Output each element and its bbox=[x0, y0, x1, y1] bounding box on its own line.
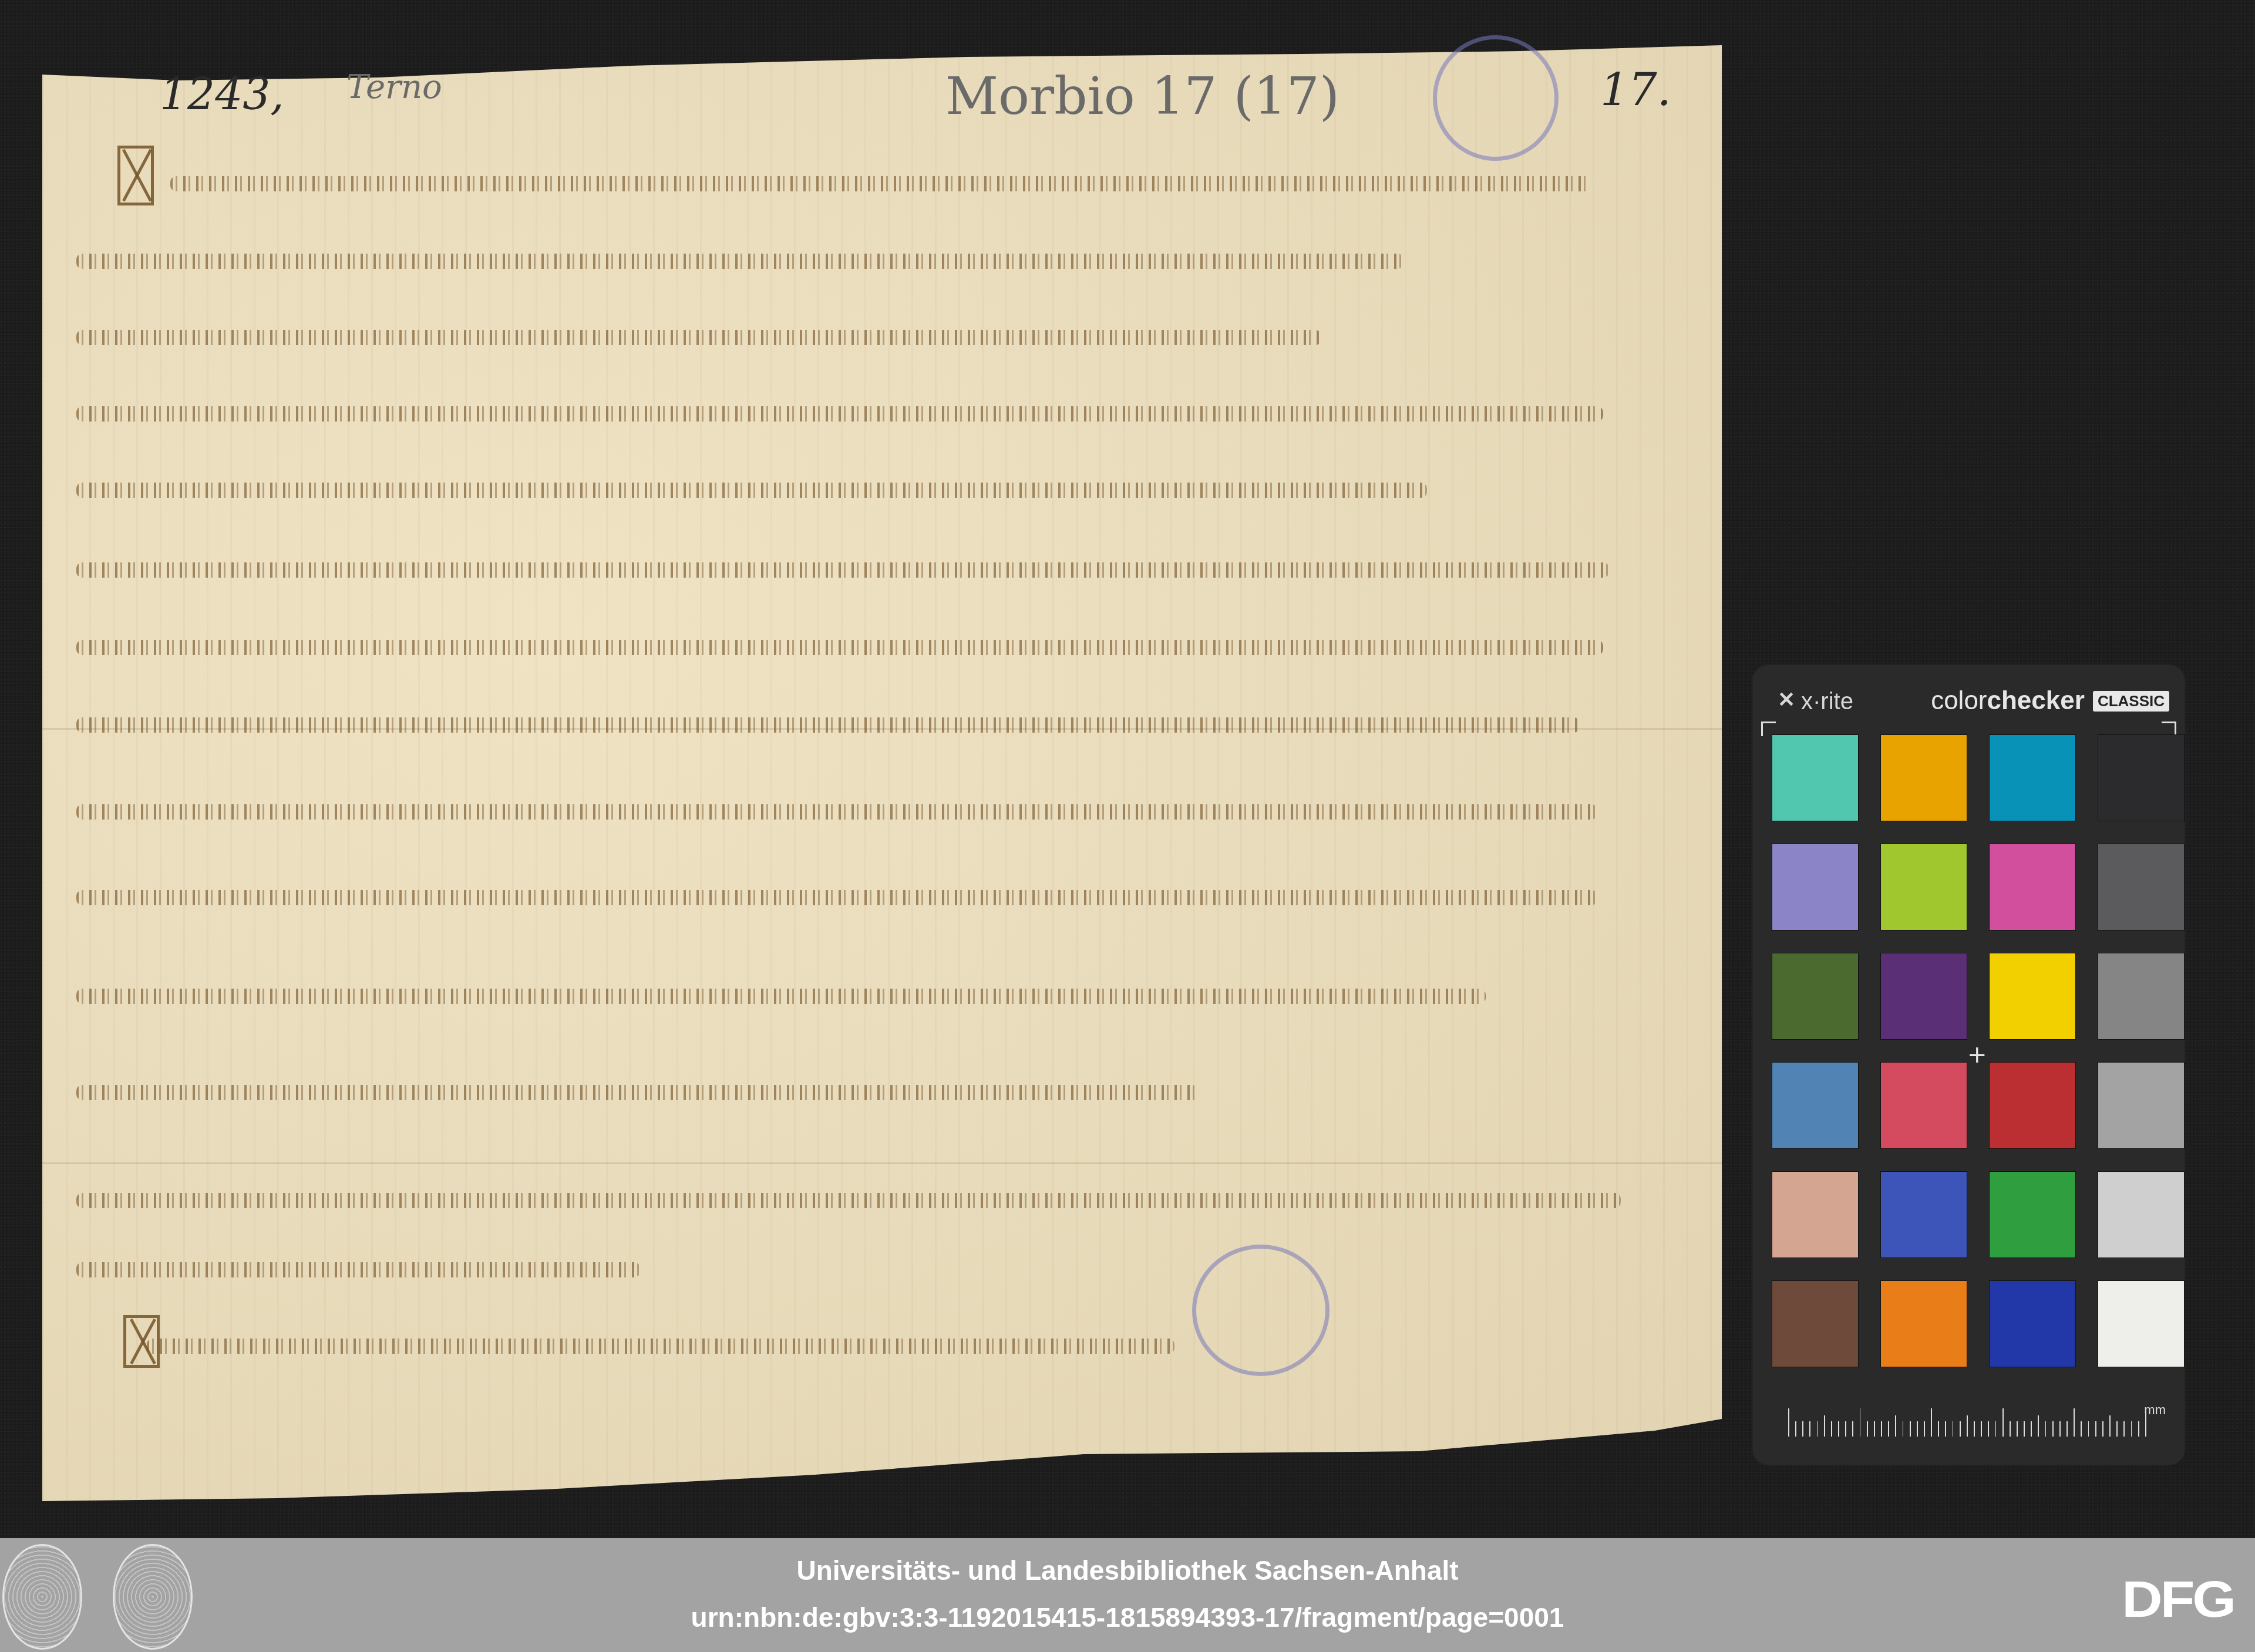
script-line-6 bbox=[76, 562, 1609, 578]
ruler-tick bbox=[1995, 1421, 1997, 1437]
ruler-unit: mm bbox=[2144, 1402, 2166, 1418]
xrite-logo: x·rite bbox=[1778, 689, 1853, 715]
color-patch-5 bbox=[1772, 844, 1859, 930]
ruler-tick bbox=[1824, 1415, 1825, 1437]
ruler-tick bbox=[2038, 1415, 2039, 1437]
ruler-tick bbox=[1788, 1408, 1789, 1437]
ruler-tick bbox=[2031, 1421, 2032, 1437]
colorchecker-header: x·rite colorchecker CLASSIC bbox=[1753, 665, 2185, 730]
color-patch-7 bbox=[1989, 844, 2076, 930]
ruler-tick bbox=[2109, 1415, 2111, 1437]
ruler-tick bbox=[1953, 1421, 1954, 1437]
color-patch-9 bbox=[1772, 953, 1859, 1040]
xrite-icon bbox=[1778, 693, 1795, 711]
color-patch-3 bbox=[1989, 734, 2076, 821]
ruler-tick bbox=[2088, 1421, 2089, 1437]
ruler-tick bbox=[2059, 1421, 2061, 1437]
edition-badge: CLASSIC bbox=[2093, 691, 2169, 712]
colorchecker-card: x·rite colorchecker CLASSIC + mm bbox=[1753, 665, 2185, 1465]
ruler-tick bbox=[1881, 1421, 1882, 1437]
ruler-tick bbox=[1938, 1421, 1939, 1437]
ruler-tick bbox=[1867, 1421, 1868, 1437]
ruler-tick bbox=[2045, 1421, 2047, 1437]
ruler-tick bbox=[2095, 1421, 2096, 1437]
color-patch-14 bbox=[1880, 1062, 1967, 1149]
ruler-tick bbox=[1888, 1421, 1889, 1437]
urn-identifier: urn:nbn:de:gbv:3:3-1192015415-1815894393… bbox=[0, 1602, 2255, 1633]
color-patch-2 bbox=[1880, 734, 1967, 821]
ruler-tick bbox=[1860, 1408, 1861, 1437]
color-patch-10 bbox=[1880, 953, 1967, 1040]
ruler-tick bbox=[1802, 1421, 1803, 1437]
script-line-9 bbox=[76, 804, 1597, 820]
ruler-tick bbox=[2066, 1421, 2068, 1437]
ruler-tick bbox=[2002, 1408, 2004, 1437]
color-patch-15 bbox=[1989, 1062, 2076, 1149]
ruler-tick bbox=[1838, 1421, 1839, 1437]
manuscript-text bbox=[76, 0, 1627, 1409]
ruler-tick bbox=[1917, 1421, 1918, 1437]
color-patch-11 bbox=[1989, 953, 2076, 1040]
script-line-8 bbox=[76, 717, 1580, 733]
dfg-logo: DFG bbox=[2122, 1571, 2234, 1629]
ruler-tick bbox=[2052, 1421, 2054, 1437]
ruler-tick bbox=[1795, 1421, 1796, 1437]
brand-bold: checker bbox=[1987, 686, 2085, 716]
ruler-tick bbox=[2010, 1421, 2011, 1437]
ruler-tick bbox=[1895, 1415, 1896, 1437]
script-line-3 bbox=[76, 330, 1321, 345]
script-line-1 bbox=[170, 176, 1591, 191]
ruler-tick bbox=[2074, 1408, 2075, 1437]
color-patch-6 bbox=[1880, 844, 1967, 930]
script-line-5 bbox=[76, 483, 1427, 498]
script-line-11 bbox=[76, 989, 1486, 1004]
ruler-tick bbox=[1852, 1421, 1853, 1437]
ruler-tick bbox=[1845, 1421, 1846, 1437]
script-line-12 bbox=[76, 1085, 1198, 1100]
ruler-tick bbox=[1831, 1421, 1832, 1437]
color-patch-12 bbox=[2098, 953, 2185, 1040]
script-line-4 bbox=[76, 406, 1603, 422]
ruler-tick bbox=[1817, 1421, 1818, 1437]
ruler-tick bbox=[2116, 1421, 2118, 1437]
footer-banner: Universitäts- und Landesbibliothek Sachs… bbox=[0, 1538, 2255, 1652]
color-patch-4 bbox=[2098, 734, 2185, 821]
xrite-label: x·rite bbox=[1801, 689, 1853, 715]
script-line-13 bbox=[76, 1193, 1621, 1208]
ruler-tick bbox=[2123, 1421, 2125, 1437]
ruler-tick bbox=[1924, 1421, 1925, 1437]
ruler-tick bbox=[1960, 1421, 1961, 1437]
color-patch-16 bbox=[2098, 1062, 2185, 1149]
ruler-tick bbox=[2102, 1421, 2103, 1437]
color-patch-13 bbox=[1772, 1062, 1859, 1149]
brand-light: color bbox=[1931, 686, 1987, 716]
mm-ruler bbox=[1788, 1407, 2152, 1437]
color-patch-21 bbox=[1772, 1280, 1859, 1367]
ruler-tick bbox=[1981, 1421, 1982, 1437]
color-patch-24 bbox=[2098, 1280, 2185, 1367]
script-line-2 bbox=[76, 254, 1404, 269]
ruler-tick bbox=[1988, 1421, 1989, 1437]
ruler-tick bbox=[2024, 1421, 2025, 1437]
ruler-tick bbox=[2131, 1421, 2132, 1437]
script-line-14 bbox=[76, 1262, 640, 1277]
color-patch-8 bbox=[2098, 844, 2185, 930]
ruler-tick bbox=[1874, 1421, 1875, 1437]
ruler-tick bbox=[1974, 1421, 1975, 1437]
colorchecker-brand: colorchecker CLASSIC bbox=[1931, 686, 2169, 716]
color-patch-1 bbox=[1772, 734, 1859, 821]
ruler-tick bbox=[1967, 1415, 1968, 1437]
color-patch-23 bbox=[1989, 1280, 2076, 1367]
ruler-tick bbox=[2081, 1421, 2082, 1437]
script-line-15 bbox=[147, 1339, 1174, 1354]
color-patch-20 bbox=[2098, 1171, 2185, 1258]
ruler-tick bbox=[1910, 1421, 1911, 1437]
institution-name: Universitäts- und Landesbibliothek Sachs… bbox=[0, 1555, 2255, 1586]
crosshair-icon: + bbox=[1967, 1043, 1987, 1067]
ruler-tick bbox=[1945, 1421, 1946, 1437]
color-patch-17 bbox=[1772, 1171, 1859, 1258]
ruler-tick bbox=[2017, 1421, 2018, 1437]
script-line-7 bbox=[76, 640, 1603, 655]
ruler-tick bbox=[1903, 1421, 1904, 1437]
color-patch-22 bbox=[1880, 1280, 1967, 1367]
ruler-tick bbox=[1809, 1421, 1810, 1437]
color-patch-18 bbox=[1880, 1171, 1967, 1258]
ruler-tick bbox=[2138, 1421, 2139, 1437]
color-patch-19 bbox=[1989, 1171, 2076, 1258]
script-line-10 bbox=[76, 890, 1597, 905]
ruler-tick bbox=[1931, 1408, 1932, 1437]
